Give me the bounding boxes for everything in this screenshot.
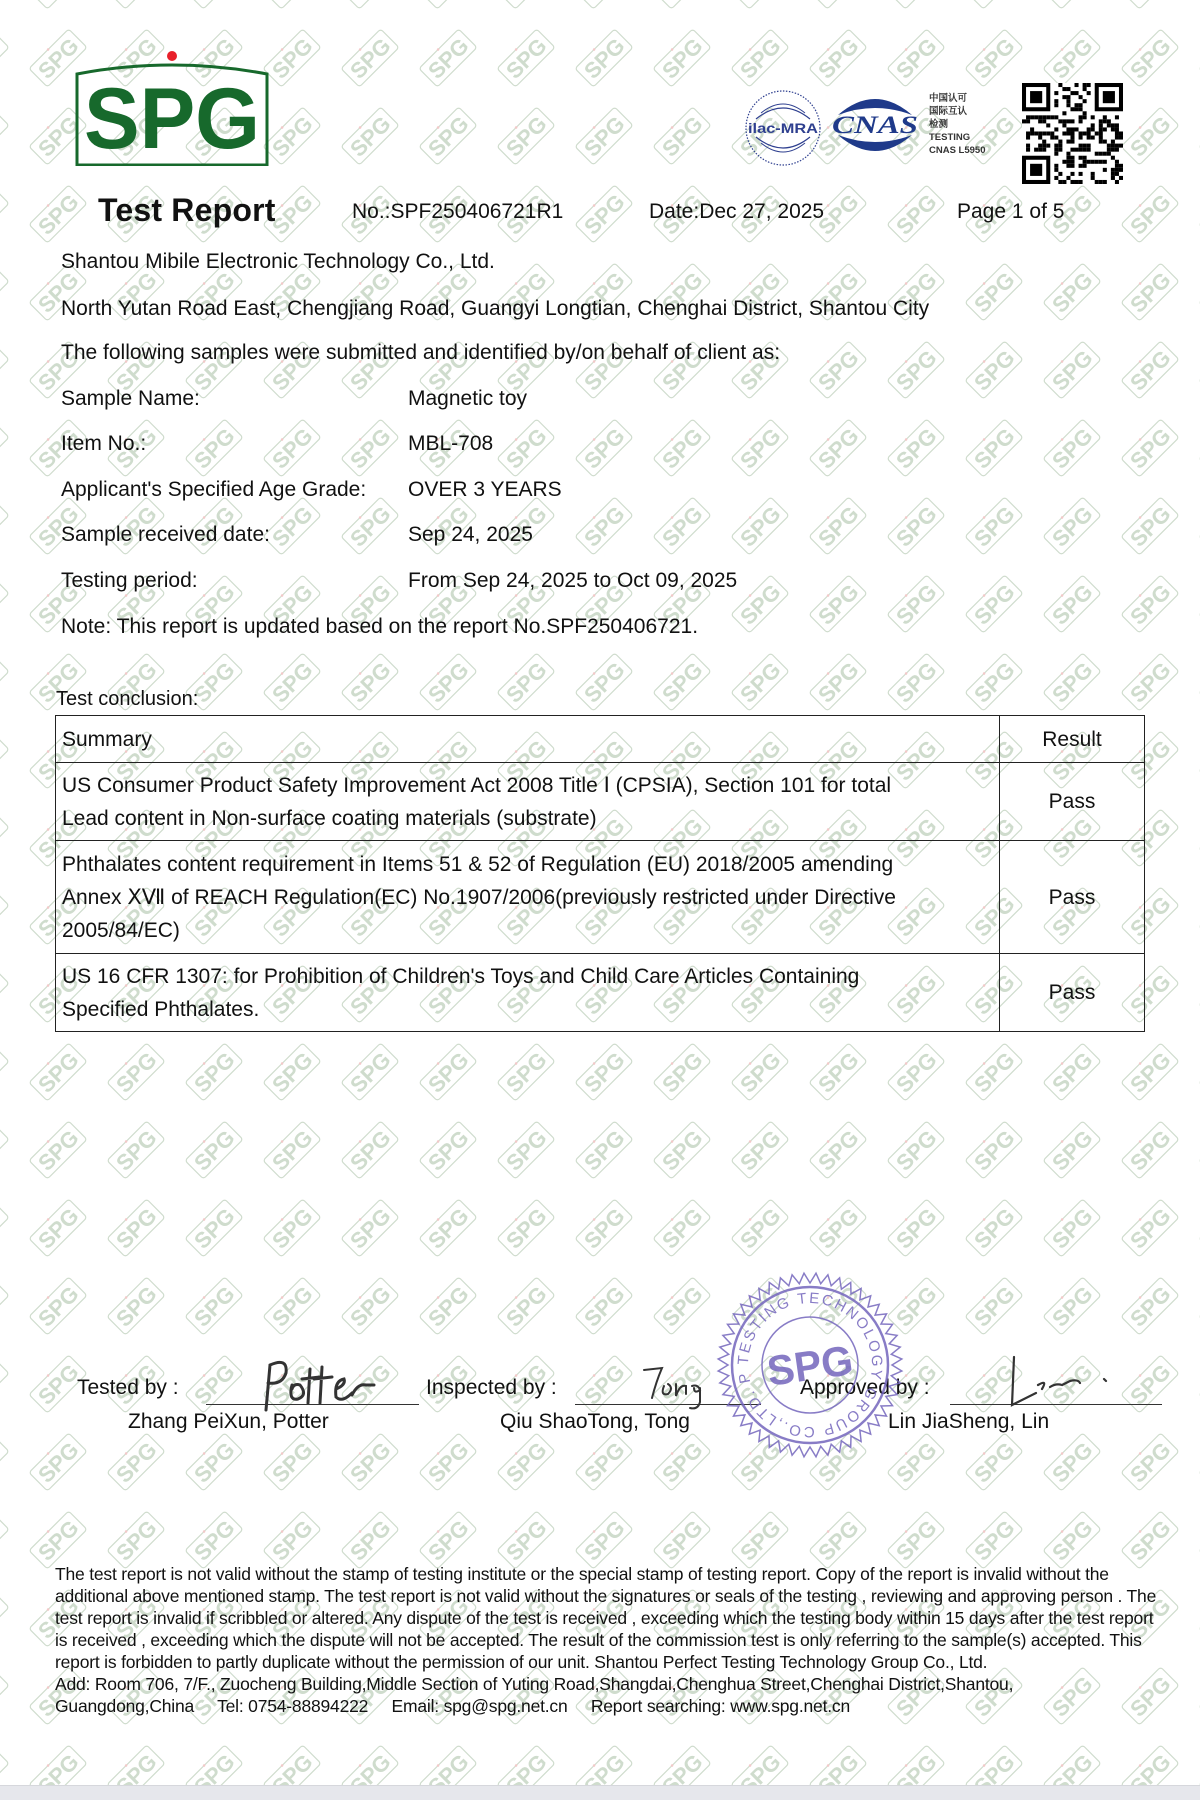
- spg-logo: SPG: [74, 50, 270, 166]
- svg-text:SPG: SPG: [84, 71, 260, 166]
- result-cell: Pass: [1000, 763, 1145, 841]
- page-indicator: Page 1 of 5: [957, 200, 1064, 224]
- summary-line: 2005/84/EC): [62, 914, 993, 947]
- sample-field-label: Testing period:: [61, 569, 198, 593]
- client-address: North Yutan Road East, Chengjiang Road, …: [61, 297, 929, 321]
- sample-field-label: Sample received date:: [61, 523, 270, 547]
- approved-signature: [1000, 1355, 1120, 1415]
- tested-by-label: Tested by :: [77, 1376, 179, 1400]
- cnas-logo: CNAS: [830, 93, 920, 157]
- sample-field-label: Applicant's Specified Age Grade:: [61, 478, 366, 502]
- sample-field-value: MBL-708: [408, 432, 493, 456]
- report-number: No.:SPF250406721R1: [352, 200, 563, 224]
- summary-line: US 16 CFR 1307: for Prohibition of Child…: [62, 960, 993, 993]
- cnas-line: 国际互认: [929, 105, 986, 118]
- svg-text:SPG: SPG: [764, 1336, 856, 1395]
- svg-text:CNAS: CNAS: [832, 112, 918, 139]
- summary-line: US Consumer Product Safety Improvement A…: [62, 769, 993, 802]
- company-seal-stamp: TESTING TECHNOLOGY GROUP CO.,LTD. PERFEC…: [715, 1270, 905, 1460]
- inspected-by-name: Qiu ShaoTong, Tong: [500, 1410, 690, 1434]
- tested-signature: [258, 1355, 378, 1415]
- footer-tel: Tel: 0754-88894222: [217, 1696, 368, 1716]
- footer-address: Add: Room 706, 7/F., Zuocheng Building,M…: [55, 1673, 1165, 1695]
- result-cell: Pass: [1000, 954, 1145, 1032]
- disclaimer: The test report is not valid without the…: [55, 1563, 1165, 1717]
- sample-field-value: From Sep 24, 2025 to Oct 09, 2025: [408, 569, 737, 593]
- summary-cell: Phthalates content requirement in Items …: [56, 841, 1000, 954]
- cnas-line: 检测: [929, 118, 986, 131]
- update-note: Note: This report is updated based on th…: [61, 615, 698, 639]
- footer-contact: Guangdong,China Tel: 0754-88894222 Email…: [55, 1695, 1165, 1717]
- inspected-signature: [640, 1362, 710, 1412]
- sample-field-label: Sample Name:: [61, 387, 200, 411]
- summary-line: Annex ⅩⅦ of REACH Regulation(EC) No.1907…: [62, 881, 993, 914]
- cnas-caption: 中国认可 国际互认 检测 TESTING CNAS L5950: [929, 92, 986, 157]
- result-cell: Pass: [1000, 841, 1145, 954]
- client-name: Shantou Mibile Electronic Technology Co.…: [61, 250, 495, 274]
- column-header-summary: Summary: [56, 716, 1000, 763]
- svg-text:SPG: SPG: [0, 0, 6, 6]
- footer-location: Guangdong,China: [55, 1696, 194, 1716]
- sample-field-value: OVER 3 YEARS: [408, 478, 562, 502]
- cnas-line: TESTING: [929, 131, 986, 144]
- inspected-by-label: Inspected by :: [426, 1376, 557, 1400]
- qr-code-icon[interactable]: [1022, 83, 1123, 184]
- ilac-mra-logo: ilac-MRA: [744, 89, 822, 167]
- table-row: US Consumer Product Safety Improvement A…: [56, 763, 1145, 841]
- conclusion-table: SummaryResultUS Consumer Product Safety …: [55, 715, 1145, 1032]
- client-intro: The following samples were submitted and…: [61, 341, 780, 365]
- table-row: Phthalates content requirement in Items …: [56, 841, 1145, 954]
- report-date: Date:Dec 27, 2025: [649, 200, 824, 224]
- summary-line: Lead content in Non-surface coating mate…: [62, 802, 993, 835]
- footer-email[interactable]: Email: spg@spg.net.cn: [392, 1696, 568, 1716]
- table-header-row: SummaryResult: [56, 716, 1145, 763]
- summary-cell: US Consumer Product Safety Improvement A…: [56, 763, 1000, 841]
- column-header-result: Result: [1000, 716, 1145, 763]
- svg-text:ilac-MRA: ilac-MRA: [748, 120, 818, 136]
- cnas-line: CNAS L5950: [929, 144, 986, 157]
- summary-line: Specified Phthalates.: [62, 993, 993, 1026]
- summary-cell: US 16 CFR 1307: for Prohibition of Child…: [56, 954, 1000, 1032]
- cnas-line: 中国认可: [929, 92, 986, 105]
- viewer-bottom-bar: [0, 1785, 1200, 1800]
- footer-report-search[interactable]: Report searching: www.spg.net.cn: [591, 1696, 850, 1716]
- table-row: US 16 CFR 1307: for Prohibition of Child…: [56, 954, 1145, 1032]
- report-title: Test Report: [98, 192, 276, 229]
- summary-line: Phthalates content requirement in Items …: [62, 848, 993, 881]
- sample-field-value: Sep 24, 2025: [408, 523, 533, 547]
- disclaimer-text: The test report is not valid without the…: [55, 1563, 1165, 1673]
- sample-field-value: Magnetic toy: [408, 387, 527, 411]
- conclusion-label: Test conclusion:: [56, 688, 198, 711]
- sample-field-label: Item No.:: [61, 432, 146, 456]
